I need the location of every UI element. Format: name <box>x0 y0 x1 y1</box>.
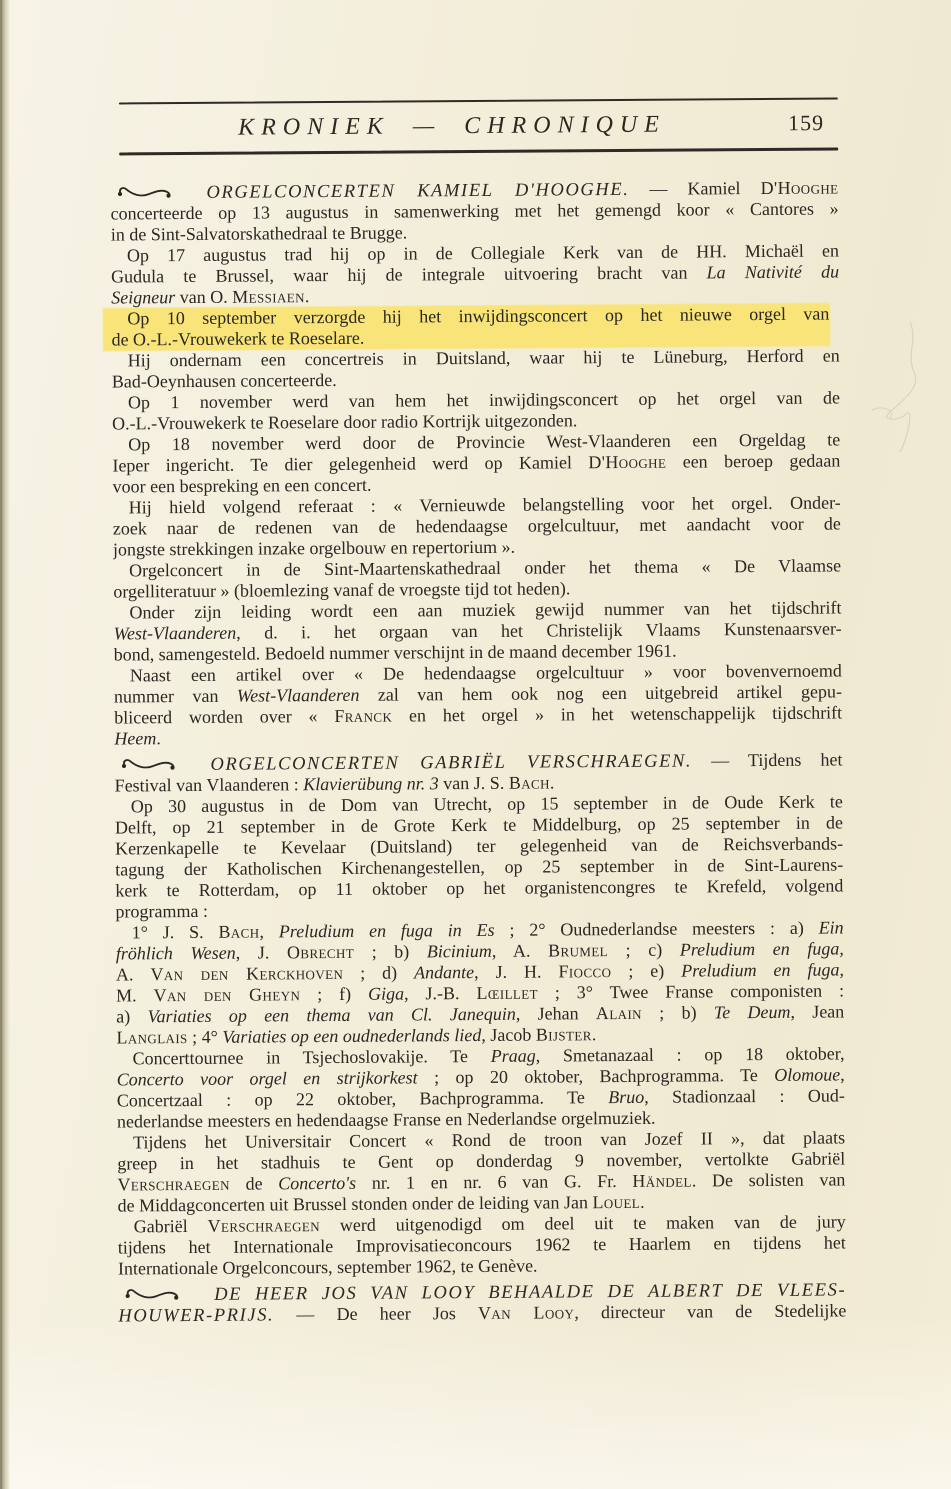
text-segment: Hij ondernam een concertreis in Duitslan… <box>128 345 840 370</box>
text-segment: Obrecht <box>287 942 354 962</box>
text-line: Internationale Orgelconcours, september … <box>118 1253 846 1279</box>
section-ornament-icon <box>114 184 176 200</box>
text-segment: D'Hooghe <box>760 177 838 198</box>
highlighted-paragraph: Op 10 september verzorgde hij het inwijd… <box>103 303 829 350</box>
text-segment: , J. H. <box>474 961 559 982</box>
text-segment: . <box>640 1192 645 1212</box>
text-segment: Händel <box>632 1170 692 1190</box>
text-segment: ; b) <box>354 941 427 962</box>
section-ornament-icon <box>118 756 180 772</box>
text-segment: Concerttournee in Tsjechoslovakije. Te <box>132 1046 490 1068</box>
text-segment: , J. <box>236 942 287 962</box>
text-segment: Heem <box>114 728 156 748</box>
text-segment: Klavierübung nr. 3 <box>303 773 439 794</box>
text-segment: nummer van <box>114 685 237 706</box>
text-segment: ; b) <box>642 1002 714 1023</box>
section-ornament-icon <box>122 1286 184 1302</box>
text-segment: concerteerde op 13 augustus in samenwerk… <box>111 198 839 223</box>
section-ornament-icon <box>114 184 176 200</box>
paragraph: Naast een artikel over « De hedendaagse … <box>114 660 843 749</box>
text-segment: ; f) <box>300 984 368 1004</box>
text-segment: Variaties op een thema van Cl. Janequin <box>147 1004 515 1027</box>
text-segment: — De heer Jos <box>274 1303 478 1324</box>
text-segment: Concertzaal : op 22 oktober, Bachprogram… <box>117 1087 608 1110</box>
text-line: HOUWER-PRIJS. — De heer Jos Van Looy, di… <box>118 1300 846 1326</box>
text-segment: , <box>840 1064 845 1084</box>
scanned-page: KRONIEK — CHRONIQUE 159 ORGELCONCERTEN K… <box>0 0 951 1489</box>
text-segment: , Jean <box>790 1001 844 1021</box>
text-segment: , directeur van de Stedelijke <box>574 1300 846 1322</box>
text-segment: een beroep gedaan <box>666 450 840 471</box>
article-body: ORGELCONCERTEN KAMIEL D'HOOGHE. — Kamiel… <box>110 177 846 1326</box>
text-segment: Concerto's <box>278 1173 356 1194</box>
text-segment: jongste strekkingen inzake orgelbouw en … <box>113 537 515 560</box>
paragraph: Op 17 augustus trad hij op in de Collegi… <box>111 240 839 308</box>
text-segment: , A. <box>492 940 548 960</box>
text-segment: de <box>230 1173 279 1193</box>
text-segment: La Nativité du <box>707 261 840 282</box>
text-segment: D'Hooghe <box>588 451 666 472</box>
text-segment: Orgelconcert in de Sint-Maartenskathedra… <box>129 555 841 580</box>
text-segment: werd uitgenodigd om deel uit te maken va… <box>320 1211 846 1235</box>
running-header: KRONIEK — CHRONIQUE 159 <box>110 100 838 153</box>
text-segment: voor een bespreking en een concert. <box>112 475 371 497</box>
text-segment: Bach <box>218 921 259 941</box>
text-segment: ; d) <box>343 962 414 982</box>
text-segment: A. <box>116 964 151 984</box>
text-segment: . De solisten van <box>692 1169 846 1190</box>
text-segment: van O. <box>175 286 232 306</box>
paragraph: Op 30 augustus in de Dom van Utrecht, op… <box>115 791 844 922</box>
paragraph: Orgelconcert in de Sint-Maartenskathedra… <box>113 555 841 602</box>
text-segment: Preludium en fuga, <box>680 938 844 959</box>
text-segment: Praag <box>491 1045 536 1065</box>
text-segment: ; 2° Oudnederlandse meesters : a) <box>495 917 819 939</box>
text-segment: . <box>156 728 161 748</box>
text-segment: ; c) <box>608 939 680 960</box>
text-segment: Van Looy <box>478 1302 574 1323</box>
text-segment: West-Vlaanderen <box>114 622 237 643</box>
text-segment: en het orgel » in het wetenschappelijk t… <box>392 702 842 725</box>
text-segment: Seigneur <box>111 287 175 307</box>
text-segment: Alain <box>596 1003 642 1023</box>
text-segment: Op 10 september verzorgde hij het inwijd… <box>127 303 829 328</box>
text-segment: 1° J. S. <box>132 922 219 943</box>
text-segment: de Middagconcerten uit Brussel stonden o… <box>117 1192 592 1215</box>
text-segment: Preludium en fuga in Es <box>279 920 495 942</box>
text-segment: ; 4° <box>188 1027 223 1047</box>
text-segment: Te Deum <box>714 1002 791 1023</box>
section-ornament-icon <box>118 756 180 772</box>
text-segment: nederlandse meesters en hedendaagse Fran… <box>117 1108 656 1132</box>
pencil-smudge-decoration <box>848 318 948 488</box>
page-number: 159 <box>788 110 824 136</box>
text-segment: orgelliteratuur » (bloemlezing vanaf de … <box>113 578 570 601</box>
paragraph: ORGELCONCERTEN GABRIËL VERSCHRAEGEN. — T… <box>114 749 842 796</box>
text-segment: , Jehan <box>516 1003 596 1024</box>
text-segment: Ein <box>819 917 844 937</box>
text-segment: Gudula te Brussel, waar hij de integrale… <box>111 262 707 286</box>
text-segment: bond, samengesteld. Bedoeld nummer versc… <box>114 640 677 664</box>
text-segment: — Kamiel <box>629 178 760 199</box>
paragraph: ORGELCONCERTEN KAMIEL D'HOOGHE. — Kamiel… <box>110 177 838 245</box>
text-segment: van J. S. <box>439 773 509 793</box>
text-segment: Messiaen <box>232 286 305 307</box>
text-segment: de O.-L.-Vrouwekerk te Roeselare. <box>111 328 364 350</box>
text-segment: Fiocco <box>558 961 611 981</box>
text-segment: West-Vlaanderen <box>237 685 360 706</box>
text-segment: , J.-B. <box>404 983 477 1004</box>
text-segment: ; e) <box>611 960 681 980</box>
paragraph: Op 18 november werd door de Provincie We… <box>112 429 840 497</box>
text-segment: M. <box>116 985 154 1005</box>
text-segment: Bach <box>509 772 550 792</box>
text-segment: Bad-Oeynhausen concerteerde. <box>112 370 337 392</box>
text-segment: Van den Gheyn <box>153 984 300 1005</box>
text-segment: Festival van Vlaanderen : <box>115 774 304 795</box>
text-segment: zoek naar de redenen van de hedendaagse … <box>113 513 841 538</box>
text-segment: ; 3° Twee Franse componisten : <box>538 980 844 1002</box>
text-segment: Gabriël <box>134 1216 208 1237</box>
paragraph: Concerttournee in Tsjechoslovakije. Te P… <box>116 1043 845 1132</box>
page-content: KRONIEK — CHRONIQUE 159 ORGELCONCERTEN K… <box>109 0 846 1326</box>
text-segment: , Smetanazaal : op 18 oktober, <box>536 1043 845 1065</box>
text-segment: zal van hem ook nog een uitgebreid artik… <box>359 681 842 704</box>
text-segment: Bijster <box>536 1024 592 1044</box>
text-segment: Lœillet <box>476 982 538 1002</box>
text-segment: Louel <box>592 1192 640 1212</box>
text-segment: , d. i. het orgaan van het Christelijk V… <box>236 618 841 642</box>
text-segment: ; op 20 oktober, Bachprogramma. Te <box>418 1065 775 1087</box>
text-segment: Langlais <box>116 1027 187 1047</box>
paragraph: Tijdens het Universitair Concert « Rond … <box>117 1127 846 1216</box>
page-left-edge <box>0 0 10 1489</box>
paragraph: DE HEER JOS VAN LOOY BEHAALDE DE ALBERT … <box>118 1279 846 1326</box>
text-segment: fröhlich Wesen <box>116 942 236 963</box>
text-segment: Op 1 november werd van hem het inwijding… <box>128 387 840 412</box>
text-segment: , Stadionzaal : Oud- <box>644 1085 845 1106</box>
text-segment: Andante <box>414 962 474 982</box>
text-segment: Giga <box>368 983 404 1003</box>
paragraph: Onder zijn leiding wordt een aan muziek … <box>113 597 841 665</box>
paragraph: Hij ondernam een concertreis in Duitslan… <box>112 345 840 392</box>
text-segment: , Jacob <box>481 1024 536 1044</box>
text-segment: nr. 1 en nr. 6 van G. Fr. <box>356 1171 632 1193</box>
paragraph: Op 1 november werd van hem het inwijding… <box>112 387 840 434</box>
text-segment: Bicinium <box>427 941 492 961</box>
text-segment: Concerto voor orgel en strijkorkest <box>117 1067 418 1089</box>
text-segment: Variaties op een oudnederlands lied <box>222 1025 481 1047</box>
text-segment: Olomoue <box>774 1064 840 1084</box>
text-segment: . <box>550 772 555 792</box>
paragraph: 1° J. S. Bach, Preludium en fuga in Es ;… <box>116 917 845 1048</box>
text-segment: , <box>259 921 278 941</box>
text-segment: — Tijdens het <box>692 749 842 770</box>
paragraph: Hij hield volgend referaat : « Vernieuwd… <box>113 492 841 560</box>
text-segment: kerk te Rotterdam, op 11 oktober op het … <box>115 875 843 900</box>
text-segment: Preludium en fuga, <box>681 959 844 980</box>
text-segment: a) <box>116 1006 147 1026</box>
text-segment: tijdens het Internationale Improvisatiec… <box>118 1232 846 1257</box>
text-segment: Brumel <box>548 940 608 960</box>
text-segment: programma : <box>115 901 208 922</box>
text-segment: Bruo <box>608 1087 644 1107</box>
running-header-title: KRONIEK — CHRONIQUE <box>238 112 666 142</box>
section-title: ORGELCONCERTEN GABRIËL VERSCHRAEGEN. <box>210 751 692 774</box>
text-segment: Van den Kerckhoven <box>150 963 343 984</box>
section-ornament-icon <box>122 1286 184 1302</box>
text-segment: . <box>305 286 310 306</box>
text-segment: Internationale Orgelconcours, september … <box>118 1255 538 1278</box>
text-segment: Ieper ingericht. Te dier gelegenheid wer… <box>112 452 588 475</box>
text-segment: . <box>592 1024 597 1044</box>
paragraph: Gabriël Verschraegen werd uitgenodigd om… <box>118 1211 846 1279</box>
text-segment: Verschraegen <box>208 1215 321 1236</box>
text-segment: bliceerd worden over « <box>114 706 334 728</box>
text-segment: Franck <box>334 705 392 725</box>
section-title: HOUWER-PRIJS. <box>118 1305 274 1326</box>
text-segment: in de Sint-Salvatorskathedraal te Brugge… <box>111 222 408 244</box>
text-segment: O.-L.-Vrouwekerk te Roeselare door radio… <box>112 410 577 433</box>
text-segment: Verschraegen <box>117 1174 230 1195</box>
